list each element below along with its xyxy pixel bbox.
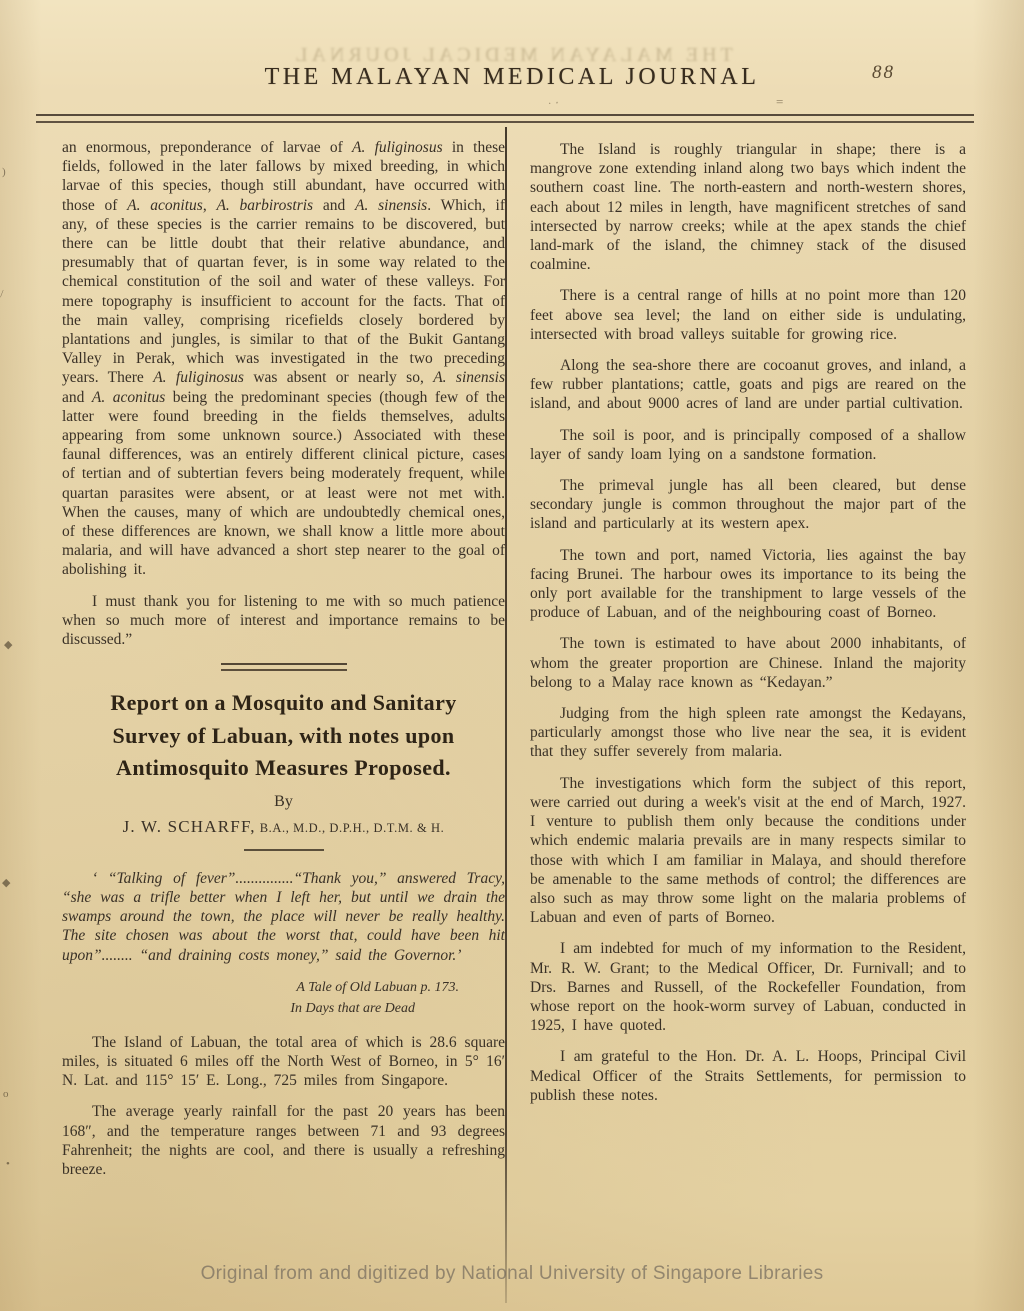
right-column: The Island is roughly triangular in shap… bbox=[530, 140, 966, 1117]
author-name: J. W. SCHARFF, bbox=[123, 817, 256, 836]
library-watermark: Original from and digitized by National … bbox=[0, 1263, 1024, 1285]
author-line: J. W. SCHARFF, B.A., M.D., D.P.H., D.T.M… bbox=[62, 817, 505, 837]
journal-scan-page: THE MALAYAN MEDICAL JOURNAL THE MALAYAN … bbox=[0, 0, 1024, 1311]
by-label: By bbox=[62, 793, 505, 811]
ink-smudge: = bbox=[776, 94, 783, 110]
margin-ink-speck: ) bbox=[2, 166, 6, 178]
literary-quote: ‘ “Talking of fever”...............“Than… bbox=[62, 869, 505, 965]
paragraph: The Island of Labuan, the total area of … bbox=[62, 1033, 505, 1091]
header-double-rule bbox=[36, 114, 974, 123]
margin-ink-speck: o bbox=[3, 1088, 9, 1100]
ink-smudge: · ‧ bbox=[548, 96, 558, 111]
left-column: an enormous, preponderance of larvae of … bbox=[62, 138, 505, 1191]
paragraph: The investigations which form the subjec… bbox=[530, 774, 966, 928]
margin-ink-speck: \ bbox=[0, 288, 7, 299]
paragraph: The soil is poor, and is principally com… bbox=[530, 426, 966, 464]
paragraph: The average yearly rainfall for the past… bbox=[62, 1102, 505, 1179]
article-title: Report on a Mosquito and Sanitary Survey… bbox=[74, 687, 494, 785]
section-double-rule bbox=[221, 663, 347, 671]
margin-ink-speck: ◆ bbox=[4, 638, 12, 651]
author-degrees: B.A., M.D., D.P.H., D.T.M. & H. bbox=[260, 821, 445, 835]
paragraph: The primeval jungle has all been cleared… bbox=[530, 476, 966, 534]
paragraph: The town and port, named Victoria, lies … bbox=[530, 546, 966, 623]
journal-title: THE MALAYAN MEDICAL JOURNAL bbox=[0, 64, 1024, 91]
paragraph: I am grateful to the Hon. Dr. A. L. Hoop… bbox=[530, 1047, 966, 1105]
byline-rule bbox=[244, 849, 324, 851]
paragraph: Along the sea-shore there are cocoanut g… bbox=[530, 356, 966, 414]
paragraph: The town is estimated to have about 2000… bbox=[530, 634, 966, 692]
attribution-book: In Days that are Dead bbox=[62, 998, 505, 1019]
paragraph: I must thank you for listening to me wit… bbox=[62, 592, 505, 650]
page-number: 88 bbox=[872, 62, 895, 84]
paragraph: an enormous, preponderance of larvae of … bbox=[62, 138, 505, 580]
margin-ink-speck: ◆ bbox=[2, 876, 10, 889]
quote-attribution: A Tale of Old Labuan p. 173. In Days tha… bbox=[62, 977, 505, 1019]
margin-ink-speck: • bbox=[6, 1158, 10, 1170]
paragraph: The Island is roughly triangular in shap… bbox=[530, 140, 966, 274]
column-divider-rule bbox=[505, 127, 507, 1303]
paragraph: There is a central range of hills at no … bbox=[530, 286, 966, 344]
attribution-source: A Tale of Old Labuan p. 173. bbox=[62, 977, 505, 998]
paragraph: Judging from the high spleen rate amongs… bbox=[530, 704, 966, 762]
paragraph: I am indebted for much of my information… bbox=[530, 939, 966, 1035]
